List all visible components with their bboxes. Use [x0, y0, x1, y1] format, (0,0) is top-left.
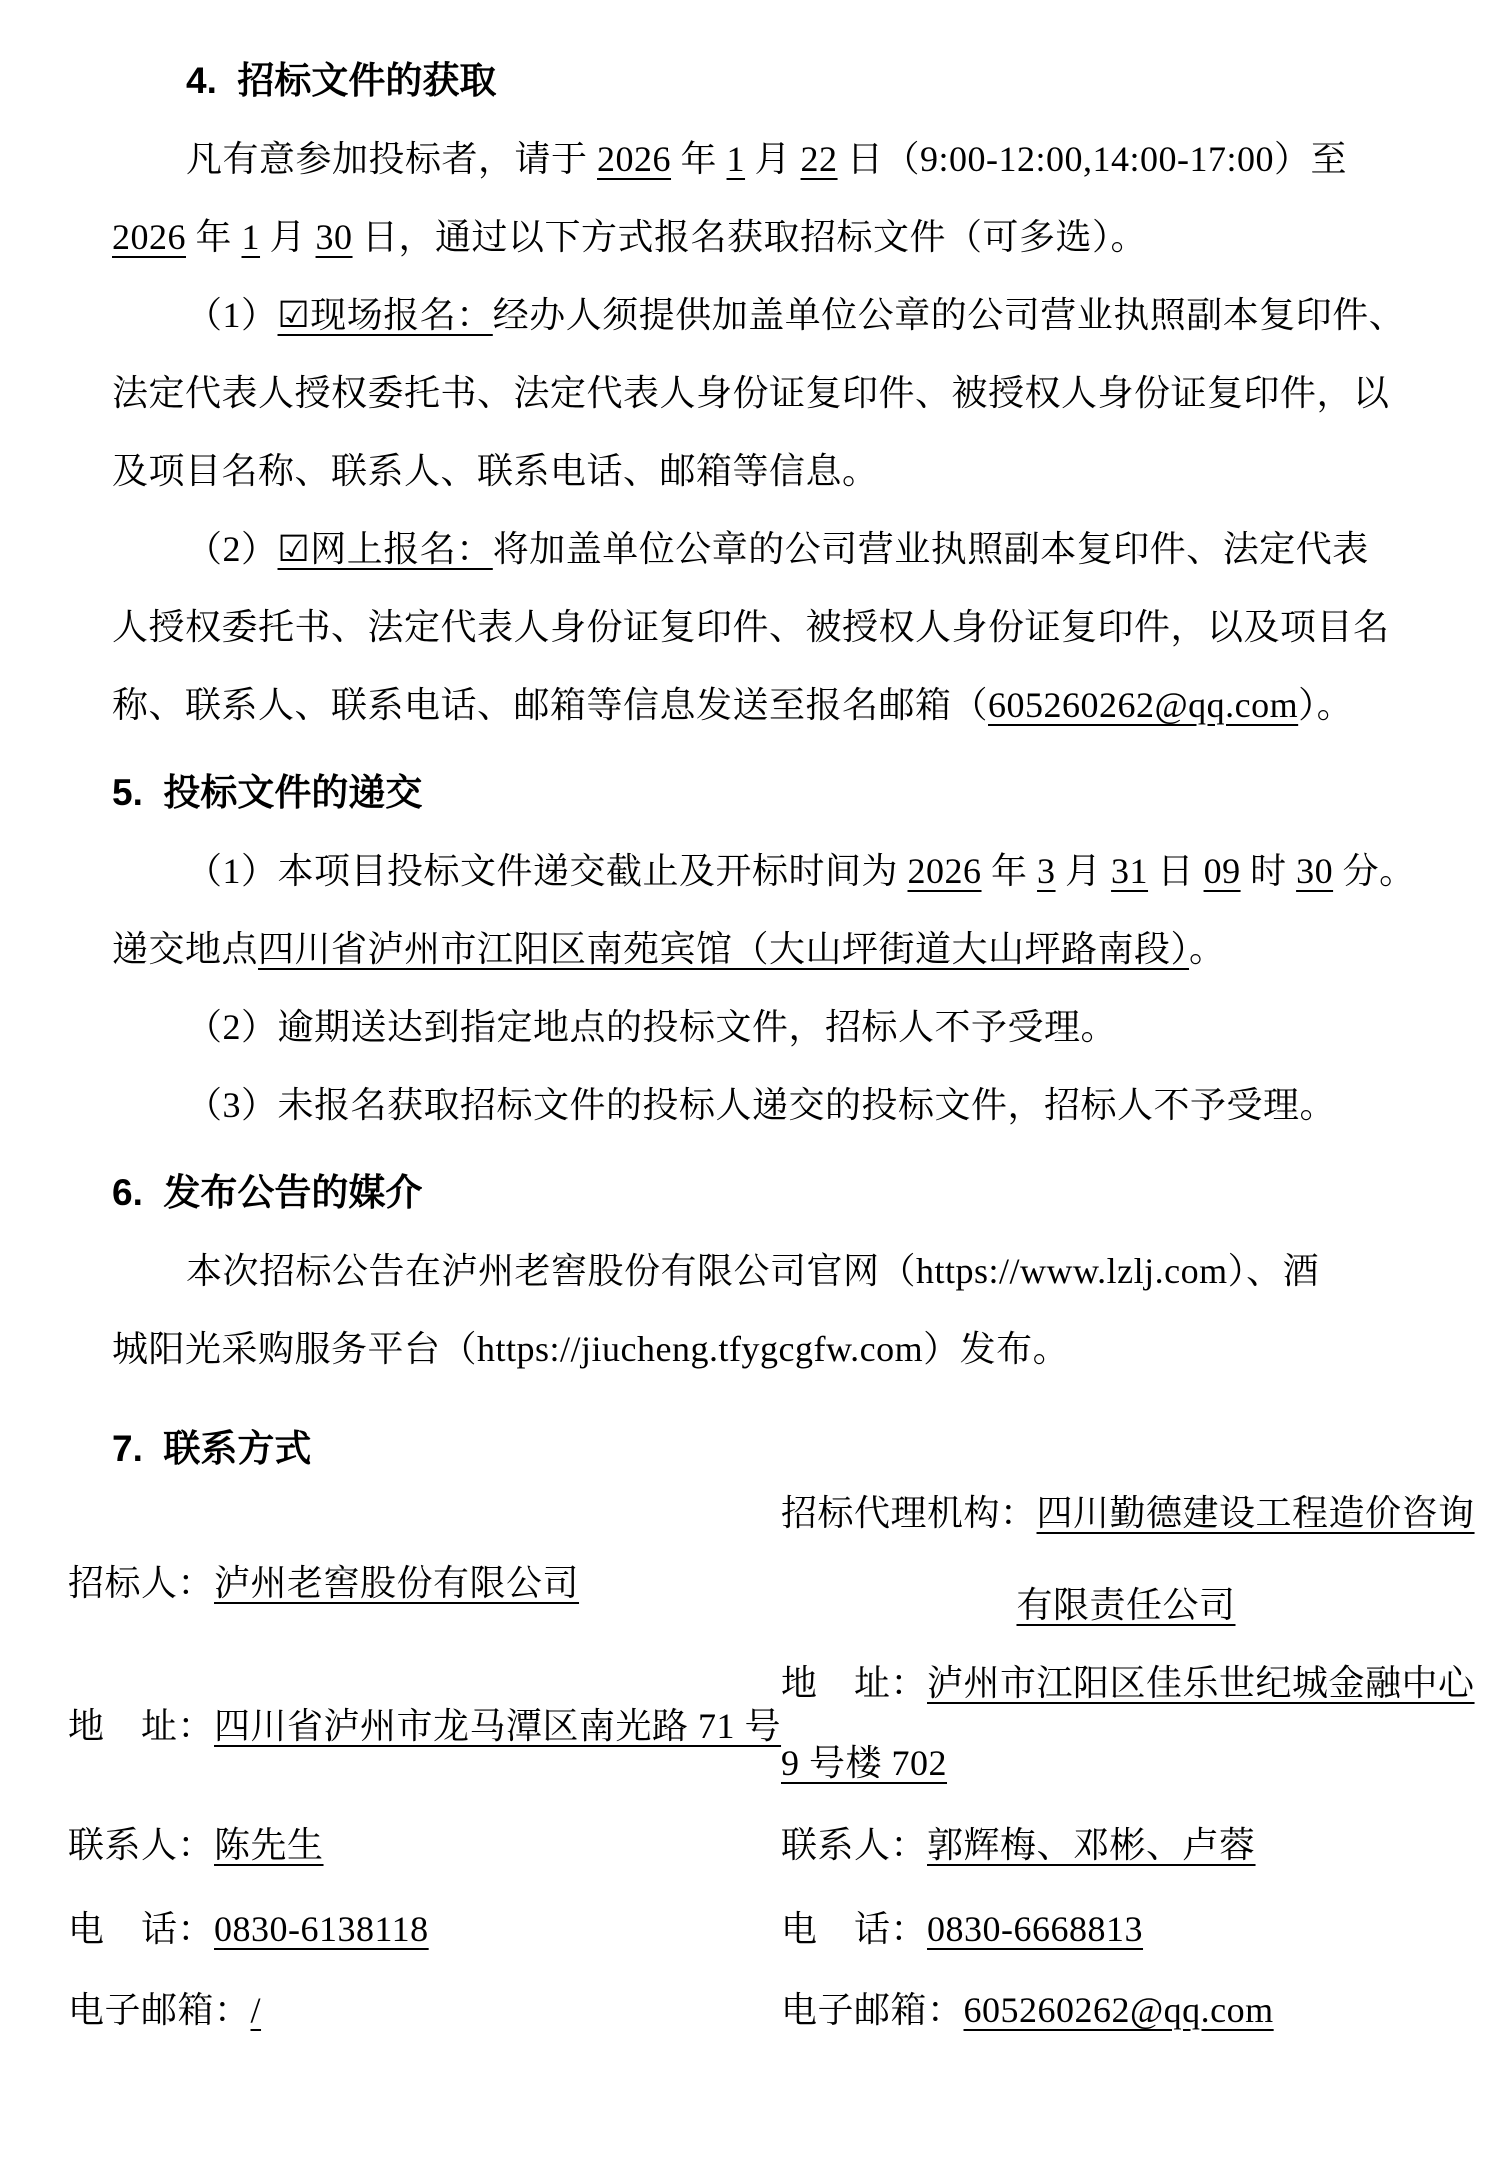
para-line: 递交地点四川省泸州市江阳区南苑宾馆（大山坪街道大山坪路南段）。	[112, 910, 1430, 988]
text-segment: 经办人须提供加盖单位公章的公司营业执照副本复印件、	[493, 295, 1406, 335]
underlined-text: 2026	[597, 139, 671, 179]
text-segment: 年	[186, 217, 242, 257]
text-segment: 日（9:00-12:00,14:00-17:00）至	[838, 139, 1348, 179]
tenderer-phone-label: 电 话：	[68, 1909, 214, 1949]
agency-value-line2: 有限责任公司	[1016, 1585, 1235, 1625]
text-segment: （2）逾期送达到指定地点的投标文件，招标人不予受理。	[186, 1007, 1117, 1047]
document-page: 4. 招标文件的获取 凡有意参加投标者，请于 2026 年 1 月 22 日（9…	[0, 0, 1500, 2175]
agency-address-row-line2: 9 号楼 702	[781, 1724, 947, 1802]
tenderer-email-label: 电子邮箱：	[68, 1990, 251, 2030]
text-segment: （2）	[186, 529, 278, 569]
text-segment: 凡有意参加投标者，请于	[186, 139, 597, 179]
agency-row: 招标代理机构：四川勤德建设工程造价咨询	[781, 1474, 1475, 1552]
text-segment: 递交地点	[112, 929, 258, 969]
tenderer-contact-person-row: 联系人：陈先生	[68, 1806, 324, 1884]
underlined-text: 31	[1111, 851, 1148, 891]
text-segment: ）。	[1298, 685, 1353, 725]
text-segment: 日，通过以下方式报名获取招标文件（可多选）。	[353, 217, 1148, 257]
para-line: 法定代表人授权委托书、法定代表人身份证复印件、被授权人身份证复印件，以	[112, 354, 1430, 432]
tenderer-row: 招标人：泸州老窖股份有限公司	[68, 1544, 579, 1622]
text-segment: 月	[745, 139, 801, 179]
text-segment: 分。	[1333, 851, 1416, 891]
underlined-text: 09	[1204, 851, 1241, 891]
para-line: （1）☑现场报名：经办人须提供加盖单位公章的公司营业执照副本复印件、	[112, 276, 1430, 354]
text-segment: 及项目名称、联系人、联系电话、邮箱等信息。	[112, 451, 879, 491]
contact-info-block: 招标代理机构：四川勤德建设工程造价咨询 有限责任公司 地 址：泸州市江阳区佳乐世…	[112, 1472, 1430, 2072]
underlined-text: 30	[316, 217, 353, 257]
tenderer-phone-row: 电 话：0830-6138118	[68, 1890, 429, 1968]
tenderer-contact-label: 联系人：	[68, 1825, 214, 1865]
para-line: （1）本项目投标文件递交截止及开标时间为 2026 年 3 月 31 日 09 …	[112, 832, 1430, 910]
text-segment: 年	[982, 851, 1038, 891]
underlined-text: 1	[242, 217, 261, 257]
agency-phone-label: 电 话：	[781, 1909, 927, 1949]
agency-address-value-line2: 9 号楼 702	[781, 1743, 947, 1783]
agency-row-line2: 有限责任公司	[781, 1566, 1471, 1644]
agency-address-label: 地 址：	[781, 1663, 927, 1703]
text-segment: （1）本项目投标文件递交截止及开标时间为	[186, 851, 908, 891]
underlined-text: 2026	[112, 217, 186, 257]
tenderer-label: 招标人：	[68, 1563, 214, 1603]
para-line: 本次招标公告在泸州老窖股份有限公司官网（https://www.lzlj.com…	[112, 1232, 1430, 1310]
text-segment: 时	[1241, 851, 1297, 891]
tenderer-email-row: 电子邮箱：/	[68, 1971, 261, 2049]
agency-email-value: 605260262@qq.com	[964, 1990, 1288, 2030]
para-line: 城阳光采购服务平台（https://jiucheng.tfygcgfw.com）…	[112, 1310, 1430, 1388]
para-line: 凡有意参加投标者，请于 2026 年 1 月 22 日（9:00-12:00,1…	[112, 120, 1430, 198]
para-line: （2）逾期送达到指定地点的投标文件，招标人不予受理。	[112, 988, 1430, 1066]
tenderer-address-value: 四川省泸州市龙马潭区南光路 71 号	[214, 1706, 781, 1746]
underlined-text: 605260262@qq.com	[988, 685, 1298, 725]
tenderer-phone-value: 0830-6138118	[214, 1909, 429, 1949]
section-5-heading: 5. 投标文件的递交	[112, 754, 1430, 832]
underlined-text: 2026	[908, 851, 982, 891]
para-line: （2）☑网上报名：将加盖单位公章的公司营业执照副本复印件、法定代表	[112, 510, 1430, 588]
text-segment: （1）	[186, 295, 278, 335]
text-segment: 月	[260, 217, 316, 257]
agency-label: 招标代理机构：	[781, 1493, 1037, 1533]
text-segment: 月	[1056, 851, 1112, 891]
agency-contact-value: 郭辉梅、邓彬、卢蓉	[927, 1825, 1256, 1865]
section-4-heading: 4. 招标文件的获取	[112, 42, 1430, 120]
text-segment: 将加盖单位公章的公司营业执照副本复印件、法定代表	[493, 529, 1369, 569]
para-line: 2026 年 1 月 30 日，通过以下方式报名获取招标文件（可多选）。	[112, 198, 1430, 276]
agency-contact-label: 联系人：	[781, 1825, 927, 1865]
underlined-text: 30	[1296, 851, 1333, 891]
text-segment: 称、联系人、联系电话、邮箱等信息发送至报名邮箱（	[112, 685, 988, 725]
underlined-text: ☑现场报名：	[278, 295, 493, 335]
tenderer-email-value: /	[251, 1990, 262, 2030]
agency-phone-row: 电 话：0830-6668813	[781, 1890, 1143, 1968]
text-segment: 本次招标公告在泸州老窖股份有限公司官网（https://www.lzlj.com…	[186, 1251, 1319, 1291]
underlined-text: 1	[727, 139, 746, 179]
tenderer-address-row: 地 址：四川省泸州市龙马潭区南光路 71 号	[68, 1687, 781, 1765]
para-line: 称、联系人、联系电话、邮箱等信息发送至报名邮箱（605260262@qq.com…	[112, 666, 1430, 744]
text-segment: （3）未报名获取招标文件的投标人递交的投标文件，招标人不予受理。	[186, 1085, 1336, 1125]
section-6-heading: 6. 发布公告的媒介	[112, 1154, 1430, 1232]
text-segment: 人授权委托书、法定代表人身份证复印件、被授权人身份证复印件，以及项目名	[112, 607, 1390, 647]
para-line: （3）未报名获取招标文件的投标人递交的投标文件，招标人不予受理。	[112, 1066, 1430, 1144]
text-segment: 城阳光采购服务平台（https://jiucheng.tfygcgfw.com）…	[112, 1329, 1069, 1369]
agency-address-row: 地 址：泸州市江阳区佳乐世纪城金融中心	[781, 1644, 1475, 1722]
underlined-text: ☑网上报名：	[278, 529, 493, 569]
tenderer-contact-value: 陈先生	[214, 1825, 324, 1865]
agency-phone-value: 0830-6668813	[927, 1909, 1143, 1949]
underlined-text: 四川省泸州市江阳区南苑宾馆（大山坪街道大山坪路南段）	[258, 929, 1189, 969]
text-segment: 日	[1148, 851, 1204, 891]
text-segment: 法定代表人授权委托书、法定代表人身份证复印件、被授权人身份证复印件，以	[112, 373, 1390, 413]
agency-email-row: 电子邮箱：605260262@qq.com	[781, 1971, 1288, 2049]
underlined-text: 3	[1037, 851, 1056, 891]
para-line: 人授权委托书、法定代表人身份证复印件、被授权人身份证复印件，以及项目名	[112, 588, 1430, 666]
tenderer-value: 泸州老窖股份有限公司	[214, 1563, 579, 1603]
underlined-text: 22	[801, 139, 838, 179]
para-line: 及项目名称、联系人、联系电话、邮箱等信息。	[112, 432, 1430, 510]
agency-value: 四川勤德建设工程造价咨询	[1037, 1493, 1475, 1533]
agency-contact-person-row: 联系人：郭辉梅、邓彬、卢蓉	[781, 1806, 1256, 1884]
text-segment: 。	[1189, 929, 1226, 969]
agency-address-value: 泸州市江阳区佳乐世纪城金融中心	[927, 1663, 1475, 1703]
agency-email-label: 电子邮箱：	[781, 1990, 964, 2030]
tenderer-address-label: 地 址：	[68, 1706, 214, 1746]
text-segment: 年	[671, 139, 727, 179]
